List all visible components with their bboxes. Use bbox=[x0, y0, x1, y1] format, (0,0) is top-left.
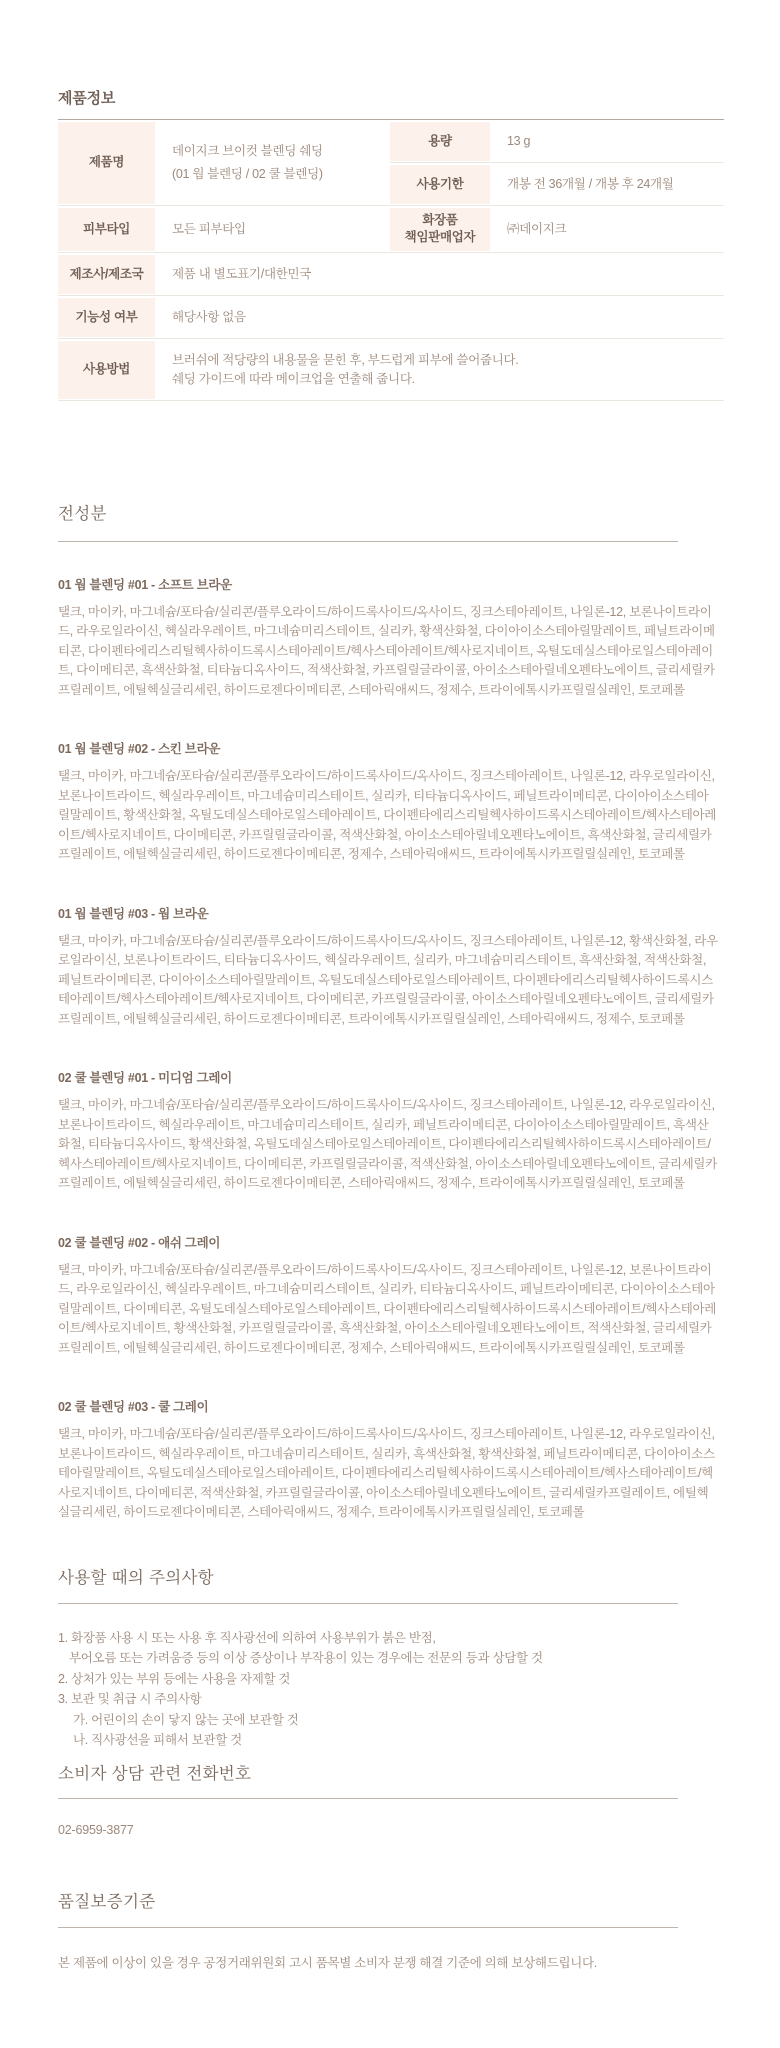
row-label-manufacturer: 제조사/제조국 bbox=[58, 253, 155, 296]
ingredient-block-title: 01 웜 블렌딩 #02 - 스킨 브라운 bbox=[58, 742, 724, 757]
table-row: 사용방법 브러쉬에 적당량의 내용물을 묻힌 후, 부드럽게 피부에 쓸어줍니다… bbox=[58, 339, 724, 401]
section-title-ingredients: 전성분 bbox=[58, 505, 724, 525]
row-label-skin-type: 피부타입 bbox=[58, 206, 155, 253]
ingredient-block-title: 02 쿨 블렌딩 #02 - 애쉬 그레이 bbox=[58, 1236, 724, 1251]
precaution-line: 가. 어린이의 손이 닿지 않는 곳에 보관할 것 bbox=[58, 1710, 724, 1731]
precaution-line: 나. 직사광선을 피해서 보관할 것 bbox=[58, 1730, 724, 1751]
table-row: 피부타입 모든 피부타입 화장품 책임판매업자 ㈜데이지크 bbox=[58, 206, 724, 253]
row-value-expiry: 개봉 전 36개월 / 개봉 후 24개월 bbox=[490, 163, 724, 206]
ingredient-block: 01 웜 블렌딩 #01 - 소프트 브라운 탤크, 마이카, 마그네슘/포타슘… bbox=[58, 578, 724, 701]
phone-number: 02-6959-3877 bbox=[58, 1823, 724, 1837]
row-value-manufacturer: 제품 내 별도표기/대한민국 bbox=[155, 253, 724, 296]
row-label-expiry: 사용기한 bbox=[390, 163, 490, 206]
section-title-product-info: 제품정보 bbox=[58, 90, 724, 108]
precautions-section: 사용할 때의 주의사항 1. 화장품 사용 시 또는 사용 후 직사광선에 의하… bbox=[58, 1569, 724, 1751]
precaution-line: 부어오름 또는 가려움증 등의 이상 증상이나 부작용이 있는 경우에는 전문의… bbox=[58, 1648, 724, 1669]
table-row: 제조사/제조국 제품 내 별도표기/대한민국 bbox=[58, 253, 724, 296]
contact-section: 소비자 상담 관련 전화번호 02-6959-3877 bbox=[58, 1765, 724, 1838]
ingredient-block: 01 웜 블렌딩 #02 - 스킨 브라운 탤크, 마이카, 마그네슘/포타슘/… bbox=[58, 742, 724, 865]
section-divider bbox=[58, 1927, 678, 1928]
section-divider bbox=[58, 1603, 678, 1604]
table-row: 기능성 여부 해당사항 없음 bbox=[58, 296, 724, 339]
row-label-product-name: 제품명 bbox=[58, 120, 155, 206]
precaution-line: 2. 상처가 있는 부위 등에는 사용을 자제할 것 bbox=[58, 1669, 724, 1690]
warranty-section: 품질보증기준 본 제품에 이상이 있을 경우 공정거래위원회 고시 품목별 소비… bbox=[58, 1893, 724, 1973]
ingredient-block-text: 탤크, 마이카, 마그네슘/포타슘/실리콘/플루오라이드/하이드록사이드/옥사이… bbox=[58, 1425, 718, 1523]
row-label-usage: 사용방법 bbox=[58, 339, 155, 401]
ingredient-block: 02 쿨 블렌딩 #02 - 애쉬 그레이 탤크, 마이카, 마그네슘/포타슘/… bbox=[58, 1236, 724, 1359]
row-label-functional: 기능성 여부 bbox=[58, 296, 155, 339]
section-divider bbox=[58, 1798, 678, 1799]
section-title-contact: 소비자 상담 관련 전화번호 bbox=[58, 1765, 724, 1785]
section-title-warranty: 품질보증기준 bbox=[58, 1893, 724, 1913]
ingredients-section: 전성분 01 웜 블렌딩 #01 - 소프트 브라운 탤크, 마이카, 마그네슘… bbox=[58, 505, 724, 1523]
product-info-table: 제품명 데이지크 브이컷 블렌딩 쉐딩 (01 웜 블렌딩 / 02 쿨 블렌딩… bbox=[58, 119, 724, 401]
ingredient-block-text: 탤크, 마이카, 마그네슘/포타슘/실리콘/플루오라이드/하이드록사이드/옥사이… bbox=[58, 603, 718, 701]
product-info-section: 제품정보 제품명 데이지크 브이컷 블렌딩 쉐딩 (01 웜 블렌딩 / 02 … bbox=[58, 90, 724, 401]
ingredient-block-title: 01 웜 블렌딩 #03 - 웜 브라운 bbox=[58, 907, 724, 922]
ingredient-block-text: 탤크, 마이카, 마그네슘/포타슘/실리콘/플루오라이드/하이드록사이드/옥사이… bbox=[58, 932, 718, 1030]
warranty-text: 본 제품에 이상이 있을 경우 공정거래위원회 고시 품목별 소비자 분쟁 해결… bbox=[58, 1954, 724, 1973]
row-value-functional: 해당사항 없음 bbox=[155, 296, 724, 339]
ingredient-block: 02 쿨 블렌딩 #03 - 쿨 그레이 탤크, 마이카, 마그네슘/포타슘/실… bbox=[58, 1400, 724, 1523]
precaution-line: 3. 보관 및 취급 시 주의사항 bbox=[58, 1689, 724, 1710]
section-title-precautions: 사용할 때의 주의사항 bbox=[58, 1569, 724, 1589]
row-value-skin-type: 모든 피부타입 bbox=[155, 206, 390, 253]
ingredient-block: 02 쿨 블렌딩 #01 - 미디엄 그레이 탤크, 마이카, 마그네슘/포타슘… bbox=[58, 1071, 724, 1194]
ingredient-block-text: 탤크, 마이카, 마그네슘/포타슘/실리콘/플루오라이드/하이드록사이드/옥사이… bbox=[58, 767, 718, 865]
row-label-responsible-seller: 화장품 책임판매업자 bbox=[390, 206, 490, 253]
row-value-responsible-seller: ㈜데이지크 bbox=[490, 206, 724, 253]
ingredient-block-title: 01 웜 블렌딩 #01 - 소프트 브라운 bbox=[58, 578, 724, 593]
row-value-usage: 브러쉬에 적당량의 내용물을 묻힌 후, 부드럽게 피부에 쓸어줍니다. 쉐딩 … bbox=[155, 339, 724, 401]
ingredient-block: 01 웜 블렌딩 #03 - 웜 브라운 탤크, 마이카, 마그네슘/포타슘/실… bbox=[58, 907, 724, 1030]
row-label-volume: 용량 bbox=[390, 120, 490, 163]
ingredient-block-text: 탤크, 마이카, 마그네슘/포타슘/실리콘/플루오라이드/하이드록사이드/옥사이… bbox=[58, 1096, 718, 1194]
ingredient-block-title: 02 쿨 블렌딩 #03 - 쿨 그레이 bbox=[58, 1400, 724, 1415]
ingredient-block-title: 02 쿨 블렌딩 #01 - 미디엄 그레이 bbox=[58, 1071, 724, 1086]
table-row: 제품명 데이지크 브이컷 블렌딩 쉐딩 (01 웜 블렌딩 / 02 쿨 블렌딩… bbox=[58, 120, 724, 163]
precaution-list: 1. 화장품 사용 시 또는 사용 후 직사광선에 의하여 사용부위가 붉은 반… bbox=[58, 1628, 724, 1751]
row-value-product-name: 데이지크 브이컷 블렌딩 쉐딩 (01 웜 블렌딩 / 02 쿨 블렌딩) bbox=[155, 120, 390, 206]
ingredient-block-text: 탤크, 마이카, 마그네슘/포타슘/실리콘/플루오라이드/하이드록사이드/옥사이… bbox=[58, 1261, 718, 1359]
section-divider bbox=[58, 541, 678, 542]
precaution-line: 1. 화장품 사용 시 또는 사용 후 직사광선에 의하여 사용부위가 붉은 반… bbox=[58, 1628, 724, 1649]
row-value-volume: 13 g bbox=[490, 120, 724, 163]
product-detail-page: 제품정보 제품명 데이지크 브이컷 블렌딩 쉐딩 (01 웜 블렌딩 / 02 … bbox=[0, 0, 780, 1973]
